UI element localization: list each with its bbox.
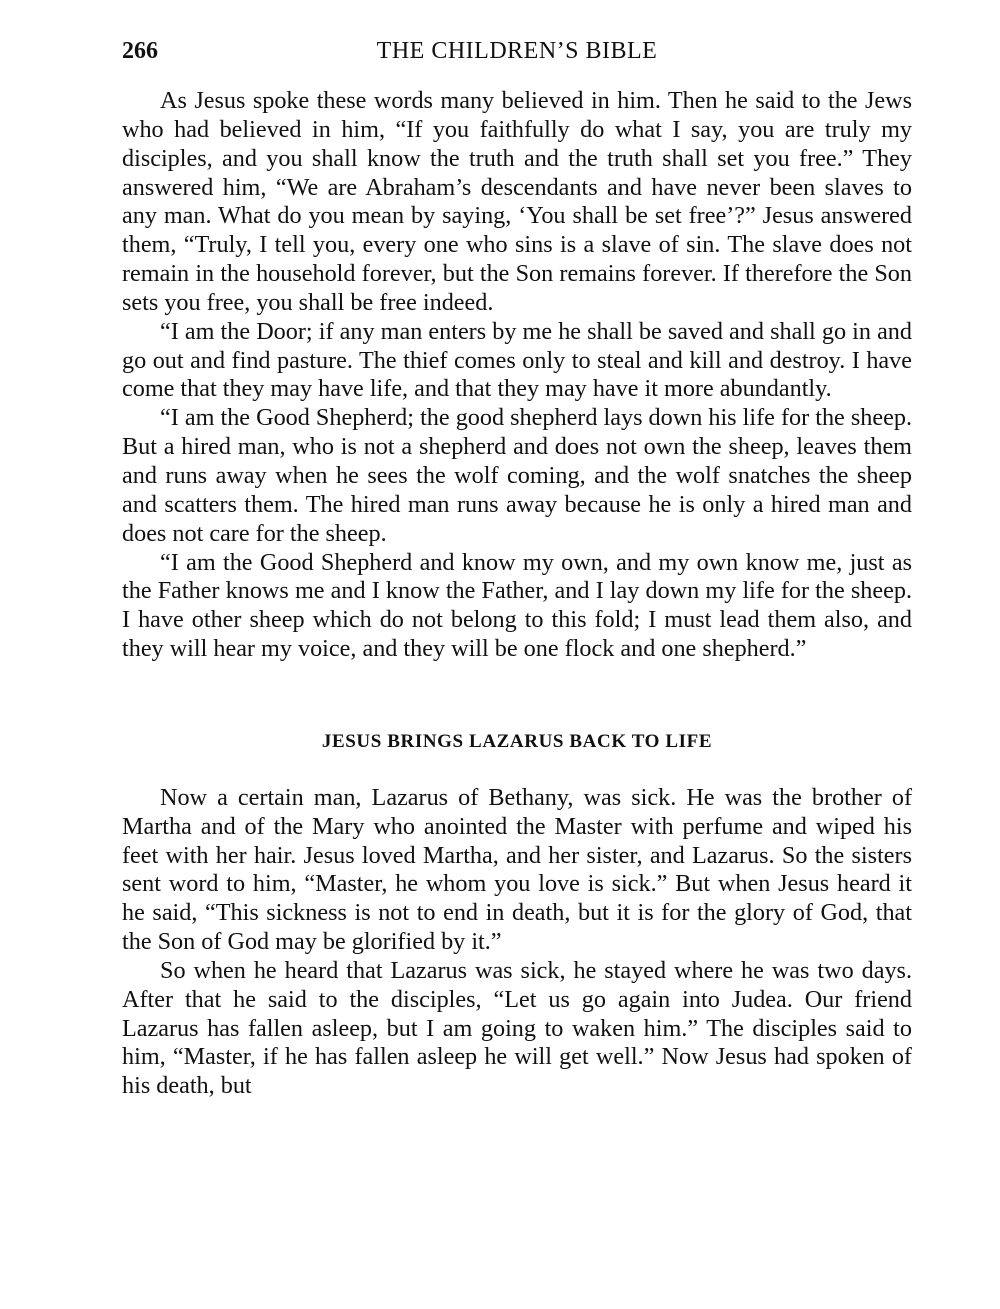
paragraph: “I am the Good Shepherd and know my own,…	[122, 549, 912, 664]
section-good-shepherd: As Jesus spoke these words many believed…	[122, 87, 912, 664]
section-lazarus: Now a certain man, Lazarus of Bethany, w…	[122, 784, 912, 1101]
book-page: 266 THE CHILDREN’S BIBLE As Jesus spoke …	[122, 34, 912, 1101]
paragraph: “I am the Good Shepherd; the good shephe…	[122, 404, 912, 548]
paragraph: “I am the Door; if any man enters by me …	[122, 318, 912, 405]
paragraph: As Jesus spoke these words many believed…	[122, 87, 912, 318]
paragraph: So when he heard that Lazarus was sick, …	[122, 957, 912, 1101]
book-title: THE CHILDREN’S BIBLE	[122, 34, 912, 68]
running-head: 266 THE CHILDREN’S BIBLE	[122, 34, 912, 68]
section-heading: JESUS BRINGS LAZARUS BACK TO LIFE	[122, 728, 912, 756]
paragraph: Now a certain man, Lazarus of Bethany, w…	[122, 784, 912, 957]
